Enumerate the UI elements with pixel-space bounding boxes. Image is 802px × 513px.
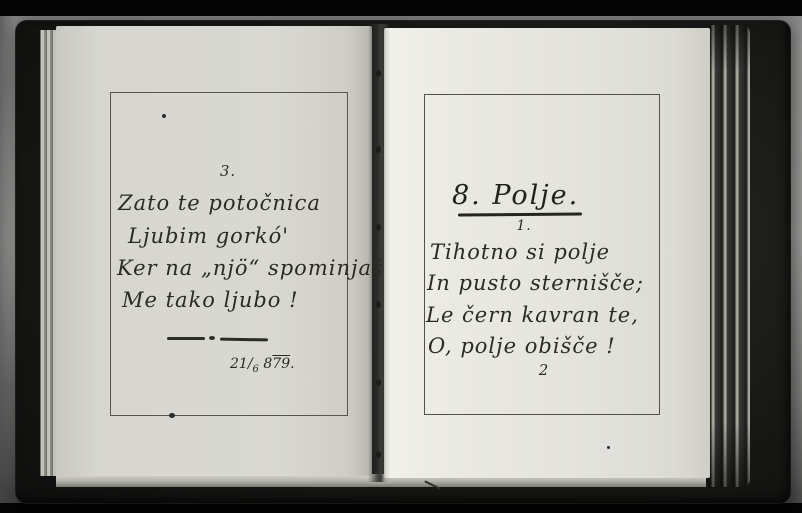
handwriting-line: Zato te potočnica bbox=[118, 191, 321, 215]
handwriting-line: Le čern kavran te, bbox=[426, 303, 639, 327]
stitch-dot bbox=[376, 379, 381, 386]
stitch-dot bbox=[376, 70, 381, 77]
book-gutter-shadow bbox=[368, 24, 390, 482]
date-year-overlined: 79 bbox=[272, 356, 290, 372]
divider-dot bbox=[209, 336, 215, 340]
date-inscription: 21/6 879. bbox=[230, 356, 295, 375]
divider-dash bbox=[167, 337, 205, 340]
right-stanza-number: 1. bbox=[424, 218, 624, 234]
handwriting-line: O, polje obišče ! bbox=[428, 334, 616, 358]
stitch-dot bbox=[376, 146, 381, 153]
ink-speck bbox=[169, 413, 175, 418]
next-stanza-number: 2 bbox=[424, 361, 664, 379]
photo-of-open-book: 3. Zato te potočnica Ljubim gorkó' Ker n… bbox=[0, 0, 802, 513]
ink-speck bbox=[162, 114, 166, 118]
right-page-stack-edge bbox=[708, 25, 750, 487]
ink-speck bbox=[607, 446, 610, 449]
stitch-dot bbox=[376, 301, 381, 308]
date-year: 8 bbox=[263, 356, 272, 372]
left-stanza-number: 3. bbox=[110, 162, 346, 180]
left-page-stack-edge bbox=[40, 30, 57, 476]
stitch-dot bbox=[376, 224, 381, 231]
handwriting-line: Tihotno si polje bbox=[430, 240, 610, 264]
handwriting-line: Ker na „njö“ spominjaš bbox=[117, 256, 384, 280]
handwriting-line: Me tako ljubo ! bbox=[122, 288, 299, 312]
date-day: 21 bbox=[230, 356, 248, 372]
handwriting-line: In pusto sternišče; bbox=[427, 271, 644, 295]
handwriting-line: Ljubim gorkó' bbox=[128, 224, 289, 248]
date-month: 6 bbox=[253, 364, 259, 375]
poem-title: 8. Polje. bbox=[452, 180, 579, 211]
date-period: . bbox=[290, 356, 294, 372]
stitch-dot bbox=[376, 451, 381, 458]
left-page-ruled-frame bbox=[110, 92, 348, 416]
